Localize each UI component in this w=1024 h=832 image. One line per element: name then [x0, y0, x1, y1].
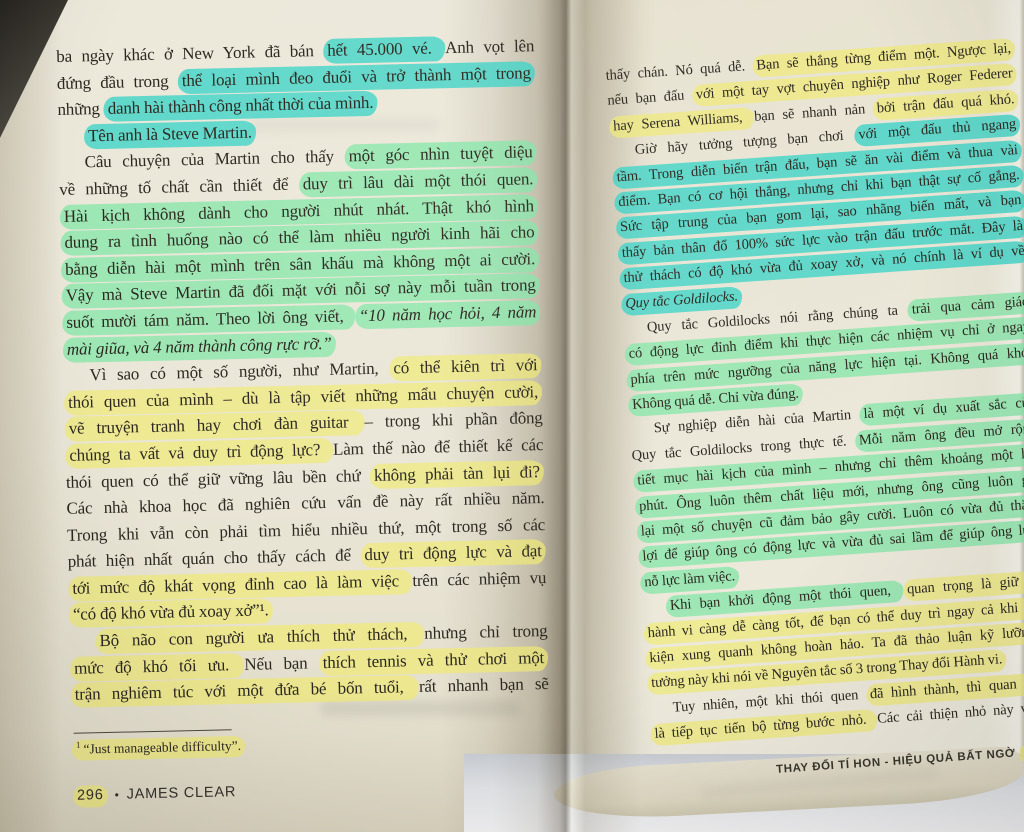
body-text: về những tố chất cần thiết để	[59, 175, 299, 199]
body-text: phát hiện nhất quán cho thấy cách để	[68, 546, 361, 572]
body-text: nếu bạn đấu	[607, 87, 692, 109]
body-text: Vì sao có một số người, như Martin,	[89, 359, 389, 385]
footnote-text: 1“Just manageable difficulty”.	[72, 736, 246, 761]
body-text: Câu chuyện của Martin cho thấy	[84, 147, 344, 172]
highlighted-text: “10 năm học hỏi, 4 năm	[355, 300, 541, 329]
body-text: thói quen có thể giữ vững lâu bền chứ	[66, 465, 371, 491]
body-text: trên các nhiệm vụ	[412, 568, 546, 590]
highlighted-text: duy trì động lực và đạt	[360, 539, 546, 568]
body-text: bạn sẽ nhanh nản	[754, 101, 874, 125]
body-text: những	[57, 99, 104, 119]
highlighted-text: mức độ khó tối ưu.	[70, 653, 245, 682]
highlighted-text: trận nghiêm túc với một đứa bé bốn tuổi,	[71, 675, 420, 708]
left-page-text: ba ngày khác ở New York đã bán hết 45.00…	[56, 33, 551, 803]
body-text: ba ngày khác ở New York đã bán	[56, 41, 323, 66]
left-page-body: ba ngày khác ở New York đã bán hết 45.00…	[56, 33, 549, 709]
body-text: Nếu bạn	[244, 653, 319, 674]
highlighted-text: danh hài thành công nhất thời của mình.	[103, 91, 377, 122]
highlighted-text: Tên anh là Steve Martin.	[84, 120, 256, 149]
body-text: rất nhanh bạn sẽ	[419, 674, 549, 696]
footer-author: JAMES CLEAR	[126, 784, 236, 802]
highlighted-text: không phải tàn lụi đi?	[370, 460, 544, 489]
footer-separator-icon: •	[114, 788, 119, 802]
right-page-text: thấy chán. Nó quá dễ. Bạn sẽ thắng từng …	[605, 36, 1024, 784]
body-text: Làm thế nào để thiết kế các	[333, 435, 544, 459]
body-text: đứng đầu trong	[57, 71, 178, 93]
highlighted-text: có thể kiên trì với	[389, 353, 542, 381]
highlighted-text: “có độ khó vừa đủ xoay xở”¹.	[69, 599, 273, 629]
highlighted-text: một góc nhìn tuyệt diệu	[344, 141, 536, 170]
body-text: nhưng chỉ trong	[424, 621, 548, 643]
page-number: 296	[73, 785, 108, 808]
footnote-marker: 1	[76, 739, 81, 749]
highlighted-text: hết 45.000 vé.	[323, 36, 446, 64]
body-text: – trong khi phần đông	[364, 408, 543, 431]
footnote: 1“Just manageable difficulty”.	[72, 729, 550, 758]
book-photo: ba ngày khác ở New York đã bán hết 45.00…	[0, 0, 1024, 832]
footnote-rule	[74, 729, 232, 734]
right-page-body: thấy chán. Nó quá dễ. Bạn sẽ thắng từng …	[605, 36, 1024, 748]
body-text: Anh vọt lên	[445, 36, 534, 57]
